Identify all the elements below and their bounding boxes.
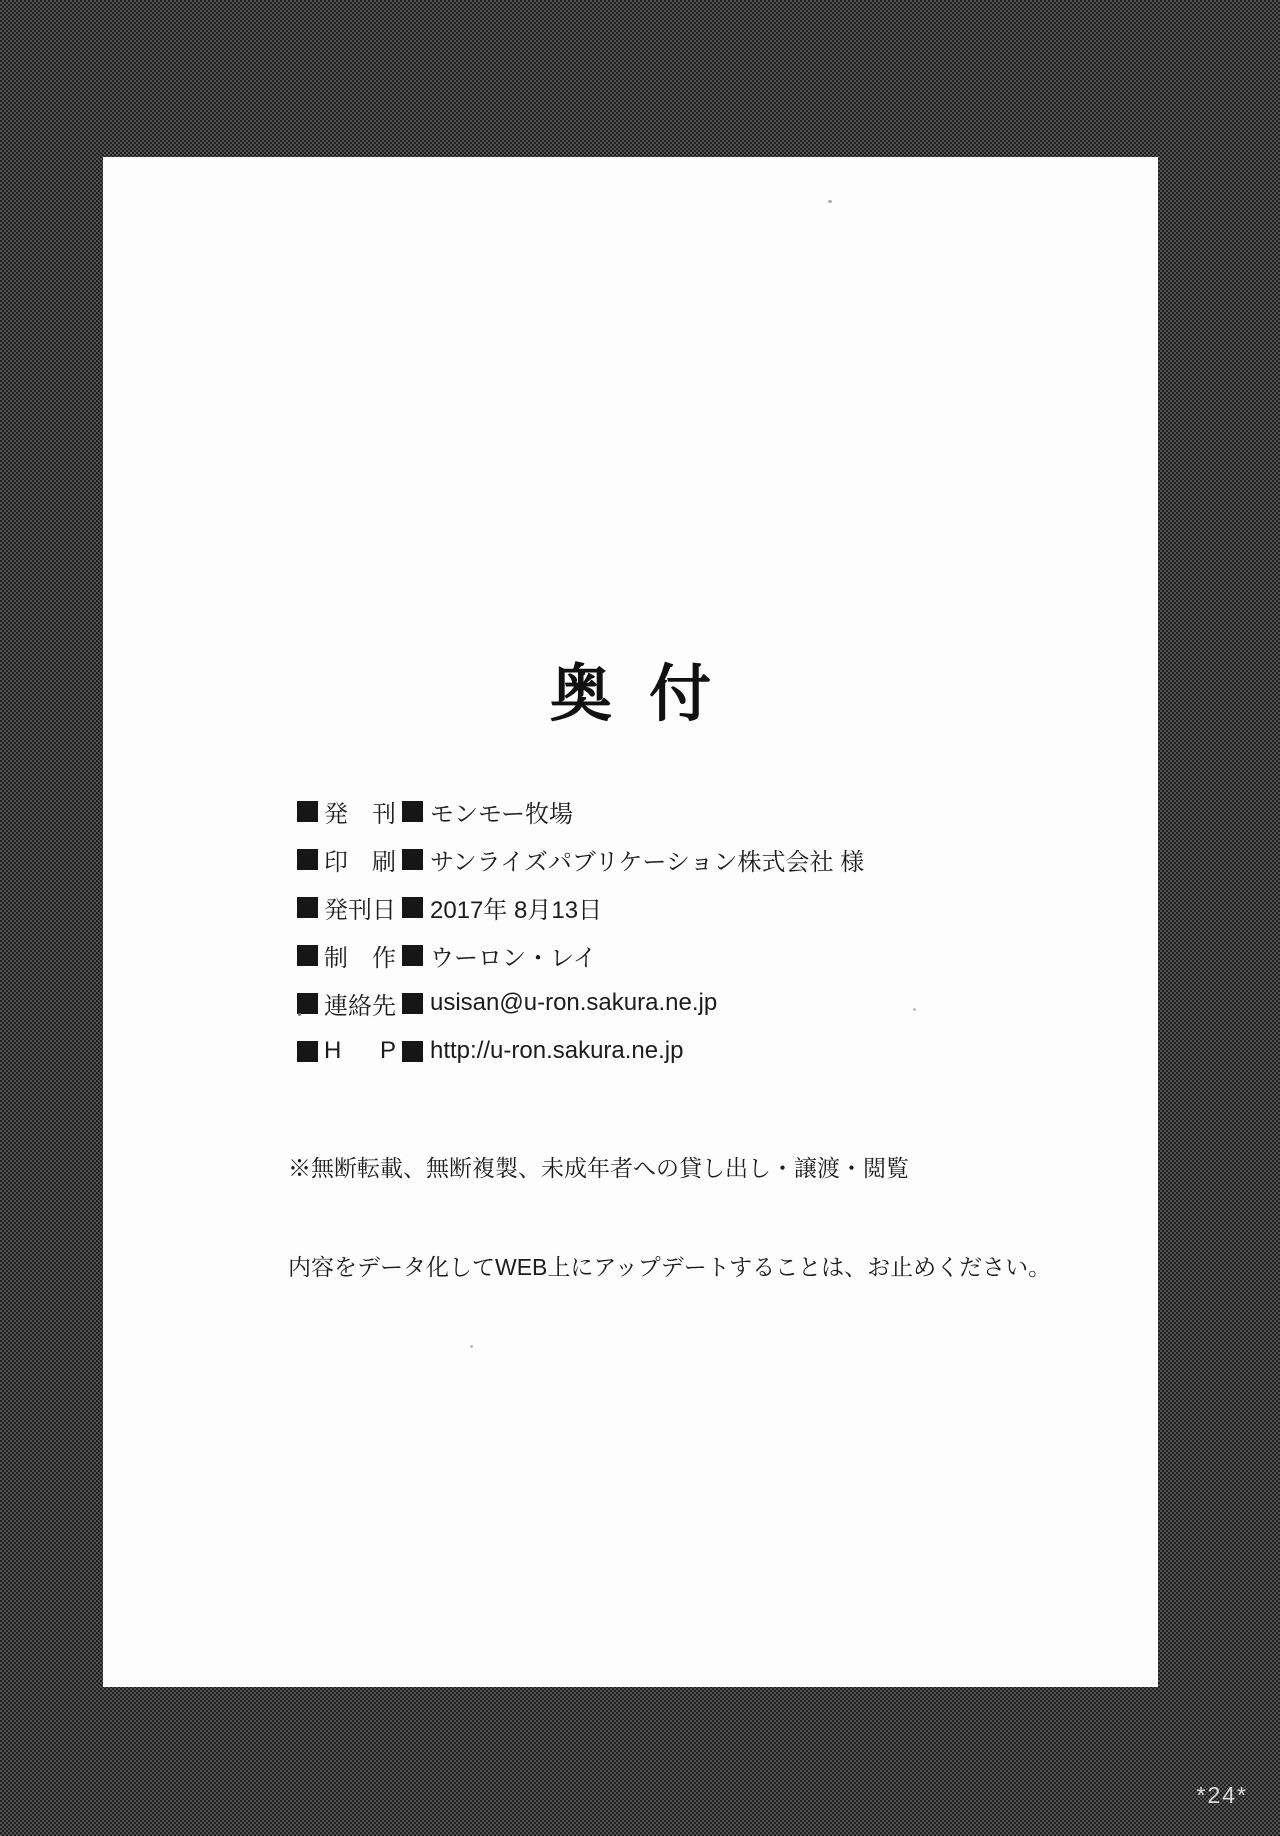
colophon-row-value: 2017年 8月13日: [430, 890, 602, 925]
colophon-page: 奥 付 発 刊 モンモー牧場 印 刷 サンライズパブリケーション株式会社 様 発…: [103, 157, 1158, 1687]
copyright-notice: ※無断転載、無断複製、未成年者への貸し出し・譲渡・閲覧 内容をデータ化してWEB…: [288, 1086, 1051, 1350]
colophon-row-homepage: H P http://u-ron.sakura.ne.jp: [297, 1037, 864, 1065]
copyright-notice-line: 内容をデータ化してWEB上にアップデートすることは、お止めください。: [288, 1251, 1051, 1284]
colophon-row-label: 発 刊: [324, 794, 396, 829]
scan-speck: [828, 200, 832, 203]
colophon-row-printer: 印 刷 サンライズパブリケーション株式会社 様: [297, 845, 864, 873]
bullet-square-icon: [297, 945, 318, 966]
colophon-row-label: H P: [324, 1037, 396, 1065]
colophon-title: 奥 付: [103, 660, 1158, 730]
colophon-row-label: 発刊日: [324, 890, 396, 925]
bullet-square-icon: [297, 993, 318, 1014]
colophon-row-value: usisan@u-ron.sakura.ne.jp: [430, 989, 717, 1017]
colophon-row-value: http://u-ron.sakura.ne.jp: [430, 1037, 683, 1065]
page-number: *24*: [1197, 1782, 1248, 1809]
colophon-row-value: ウーロン・レイ: [430, 938, 597, 973]
colophon-row-author: 制 作 ウーロン・レイ: [297, 941, 864, 969]
bullet-square-icon: [402, 1041, 423, 1062]
bullet-square-icon: [402, 945, 423, 966]
scan-speck: [913, 1008, 916, 1011]
colophon-row-contact: 連絡先 usisan@u-ron.sakura.ne.jp: [297, 989, 864, 1017]
bullet-square-icon: [297, 897, 318, 918]
colophon-table: 発 刊 モンモー牧場 印 刷 サンライズパブリケーション株式会社 様 発刊日 2…: [297, 797, 864, 1065]
scanned-page-background: { "document": { "title": "奥 付", "rows": …: [0, 0, 1280, 1836]
bullet-square-icon: [297, 1041, 318, 1062]
copyright-notice-line: ※無断転載、無断複製、未成年者への貸し出し・譲渡・閲覧: [288, 1152, 1051, 1185]
colophon-row-label: 連絡先: [324, 986, 396, 1021]
colophon-row-label: 印 刷: [324, 842, 396, 877]
bullet-square-icon: [297, 849, 318, 870]
colophon-row-publish-date: 発刊日 2017年 8月13日: [297, 893, 864, 921]
scan-speck: [470, 1345, 473, 1348]
colophon-row-value: サンライズパブリケーション株式会社 様: [430, 842, 864, 877]
bullet-square-icon: [402, 897, 423, 918]
colophon-row-label: 制 作: [324, 938, 396, 973]
scan-speck: [298, 1013, 301, 1016]
colophon-row-publisher: 発 刊 モンモー牧場: [297, 797, 864, 825]
bullet-square-icon: [402, 849, 423, 870]
colophon-row-value: モンモー牧場: [430, 794, 573, 829]
bullet-square-icon: [297, 801, 318, 822]
bullet-square-icon: [402, 993, 423, 1014]
bullet-square-icon: [402, 801, 423, 822]
